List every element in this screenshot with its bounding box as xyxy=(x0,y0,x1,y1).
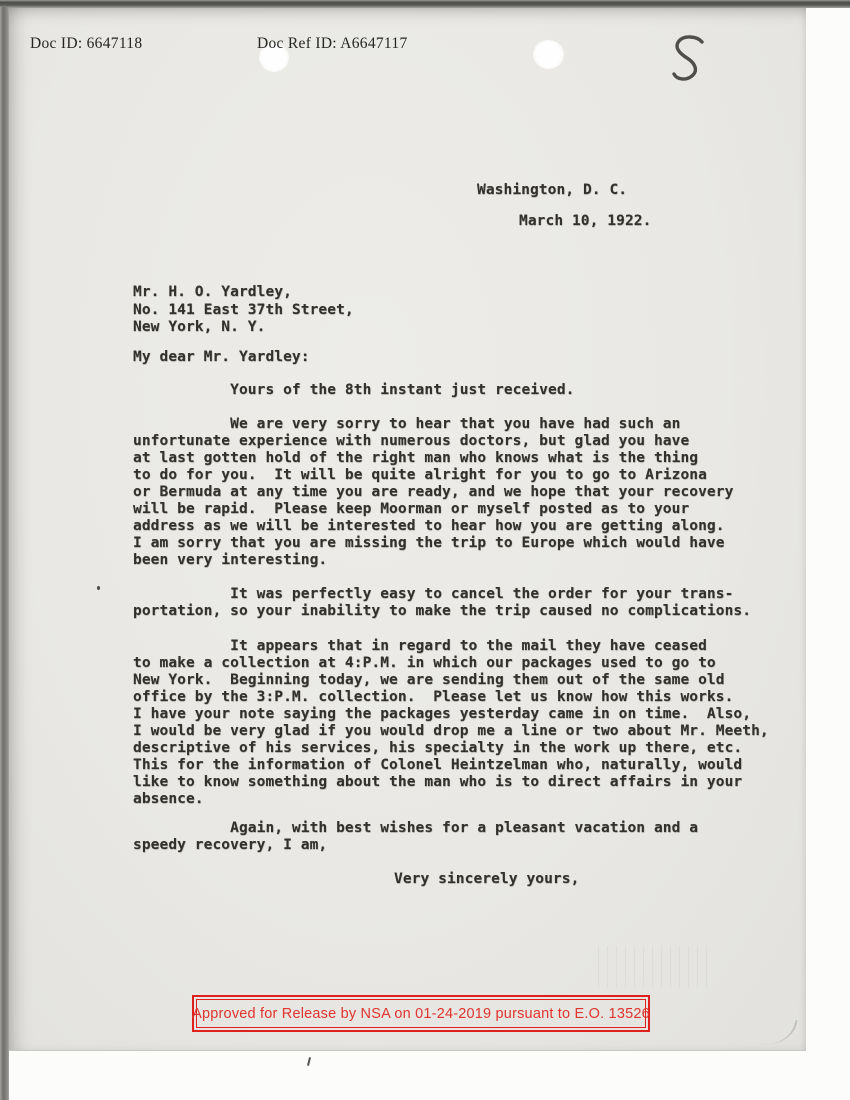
ink-speck xyxy=(97,586,100,590)
salutation: My dear Mr. Yardley: xyxy=(133,349,310,366)
paragraph: It appears that in regard to the mail th… xyxy=(133,638,769,808)
release-stamp-text: Approved for Release by NSA on 01-24-201… xyxy=(196,999,646,1028)
scan-edge-top xyxy=(0,0,850,8)
paragraph: We are very sorry to hear that you have … xyxy=(133,416,733,569)
doc-id: Doc ID: 6647118 xyxy=(30,35,142,53)
paragraph: It was perfectly easy to cancel the orde… xyxy=(133,586,751,620)
page-curl xyxy=(758,1016,797,1048)
doc-ref-id: Doc Ref ID: A6647117 xyxy=(257,35,408,53)
handwritten-s-mark xyxy=(666,33,712,85)
release-stamp: Approved for Release by NSA on 01-24-201… xyxy=(192,995,650,1032)
paragraph: Again, with best wishes for a pleasant v… xyxy=(133,820,698,854)
recipient-address: Mr. H. O. Yardley, No. 141 East 37th Str… xyxy=(133,284,354,337)
letter-date: March 10, 1922. xyxy=(519,213,651,230)
letter-place: Washington, D. C. xyxy=(477,182,627,199)
scratch-marks xyxy=(598,946,713,988)
stray-pen-mark xyxy=(307,1057,311,1066)
punch-hole xyxy=(533,40,564,69)
letter-page: Doc ID: 6647118 Doc Ref ID: A6647117 Was… xyxy=(9,8,806,1050)
scan-edge-left xyxy=(0,7,9,1100)
valediction: Very sincerely yours, xyxy=(394,871,579,888)
paragraph: Yours of the 8th instant just received. xyxy=(133,382,575,399)
